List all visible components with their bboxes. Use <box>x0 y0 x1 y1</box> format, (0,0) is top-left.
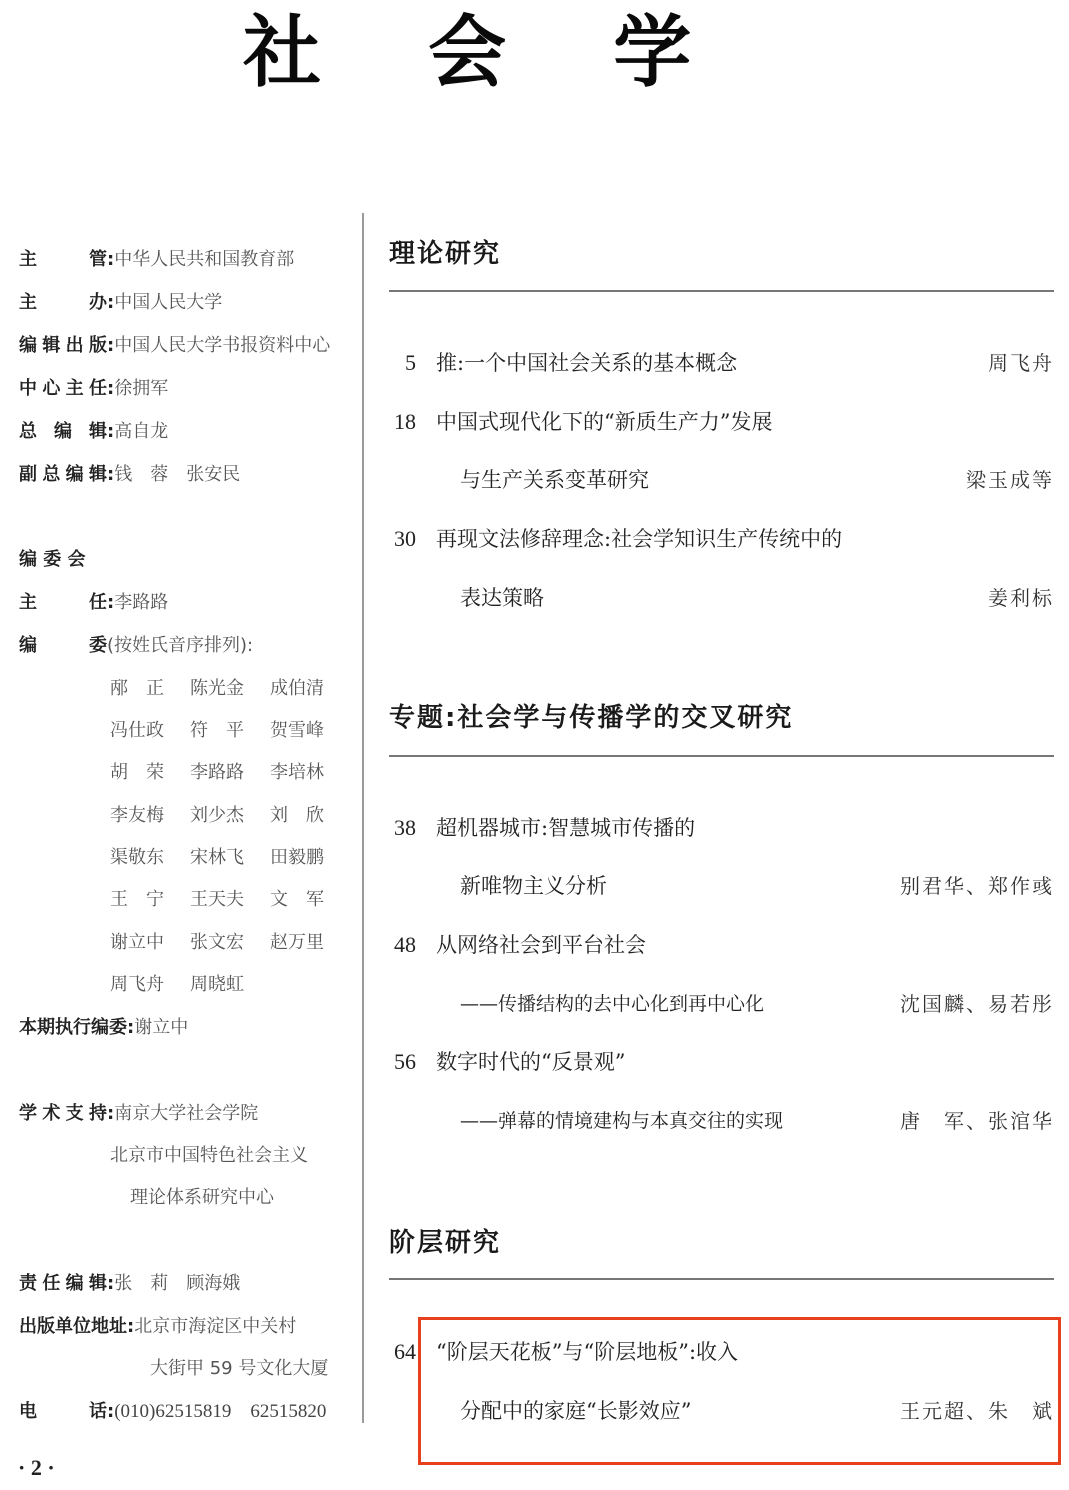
label: 主 任 <box>19 592 107 614</box>
member-name: 周飞舟 <box>110 974 190 996</box>
toc-title: 超机器城市:智慧城市传播的 <box>436 814 695 842</box>
value: 李路路 <box>114 592 168 613</box>
executive-editor: 本期执行编委:谢立中 <box>19 1017 188 1039</box>
label: 学术支持 <box>19 1103 107 1125</box>
committee-members-row: 胡 荣李路路李培林 <box>110 762 350 784</box>
member-name: 李培林 <box>270 762 350 784</box>
committee-members-row: 王 宁王天夫文 军 <box>110 889 350 911</box>
member-name: 渠敬东 <box>110 847 190 869</box>
member-name: 冯仕政 <box>110 720 190 742</box>
section-title: 阶层研究 <box>389 1227 501 1259</box>
toc-author: 沈国麟、易若彤 <box>900 990 1054 1018</box>
label: 中心主任 <box>19 378 107 400</box>
toc-author: 梁玉成等 <box>966 466 1054 494</box>
heading: 编 委 会 <box>19 549 86 571</box>
masthead-publisher: 编辑出版:中国人民大学书报资料中心 <box>19 335 330 357</box>
value: 北京市海淀区中关村 <box>134 1316 296 1337</box>
toc-title: 推:一个中国社会关系的基本概念 <box>436 349 737 377</box>
member-name: 刘 欣 <box>270 805 350 827</box>
value: 南京大学社会学院 <box>114 1103 258 1124</box>
committee-members-row: 谢立中张文宏赵万里 <box>110 932 350 954</box>
value: 徐拥军 <box>114 378 168 399</box>
value: 谢立中 <box>134 1017 188 1038</box>
member-name: 王 宁 <box>110 889 190 911</box>
section-title: 专题:社会学与传播学的交叉研究 <box>389 702 793 734</box>
section-title: 理论研究 <box>389 238 501 270</box>
masthead-center-director: 中心主任:徐拥军 <box>19 378 168 400</box>
label: 责任编辑 <box>19 1273 107 1295</box>
committee-members-row: 周飞舟周晓虹 <box>110 974 270 996</box>
masthead-sponsor: 主 办:中国人民大学 <box>19 292 222 314</box>
value: 高自龙 <box>114 421 168 442</box>
member-name: 刘少杰 <box>190 805 270 827</box>
value: 中华人民共和国教育部 <box>114 249 294 270</box>
publisher-address: 出版单位地址:北京市海淀区中关村 <box>19 1316 296 1338</box>
toc-title: 中国式现代化下的“新质生产力”发展 <box>436 408 772 436</box>
academic-support-line: 北京市中国特色社会主义 <box>110 1145 308 1167</box>
section-rule <box>389 290 1054 292</box>
member-name: 李路路 <box>190 762 270 784</box>
toc-author: 姜利标 <box>988 584 1054 612</box>
toc-page: 56 <box>380 1048 416 1076</box>
journal-title: 社 会 学 <box>243 8 731 98</box>
toc-page: 64 <box>380 1338 416 1366</box>
masthead-chief-editor: 总 编 辑:高自龙 <box>19 421 168 443</box>
masthead-supervisor: 主 管:中华人民共和国教育部 <box>19 249 294 271</box>
member-name: 贺雪峰 <box>270 720 350 742</box>
label: 副总编辑 <box>19 464 107 486</box>
toc-page: 38 <box>380 814 416 842</box>
address-line: 大街甲 59 号文化大厦 <box>150 1358 328 1380</box>
member-name: 符 平 <box>190 720 270 742</box>
toc-author: 唐 军、张涫华 <box>900 1107 1054 1135</box>
member-name: 陈光金 <box>190 678 270 700</box>
label: 总 编 辑 <box>19 421 107 443</box>
member-name: 谢立中 <box>110 932 190 954</box>
value: 张 莉 顾海娥 <box>114 1273 240 1294</box>
toc-page: 18 <box>380 408 416 436</box>
member-name: 田毅鹏 <box>270 847 350 869</box>
value: 钱 蓉 张安民 <box>114 464 240 485</box>
member-name: 张文宏 <box>190 932 270 954</box>
label: 电 话 <box>19 1401 107 1423</box>
toc-title: 与生产关系变革研究 <box>460 466 649 494</box>
toc-author: 周飞舟 <box>988 349 1054 377</box>
toc-title: 数字时代的“反景观” <box>436 1048 625 1076</box>
toc-page: 48 <box>380 931 416 959</box>
toc-author: 别君华、郑作彧 <box>900 872 1054 900</box>
label: 编辑出版 <box>19 335 107 357</box>
toc-page: 5 <box>380 349 416 377</box>
member-name: 宋林飞 <box>190 847 270 869</box>
toc-title: 表达策略 <box>460 584 544 612</box>
masthead-deputy-chief-editor: 副总编辑:钱 蓉 张安民 <box>19 464 240 486</box>
toc-subtitle: ——传播结构的去中心化到再中心化 <box>460 990 764 1018</box>
committee-members-row: 渠敬东宋林飞田毅鹏 <box>110 847 350 869</box>
committee-members-row: 邴 正陈光金成伯清 <box>110 678 350 700</box>
committee-heading: 编 委 会 <box>19 549 86 571</box>
column-divider <box>362 213 364 1423</box>
committee-members-row: 李友梅刘少杰刘 欣 <box>110 805 350 827</box>
label: 主 管 <box>19 249 107 271</box>
value: (010)62515819 62515820 <box>114 1401 326 1422</box>
section-rule <box>389 1278 1054 1280</box>
committee-director: 主 任:李路路 <box>19 592 168 614</box>
responsible-editor: 责任编辑:张 莉 顾海娥 <box>19 1273 240 1295</box>
committee-members-label: 编 委(按姓氏音序排列): <box>19 635 253 657</box>
member-name: 赵万里 <box>270 932 350 954</box>
academic-support: 学术支持:南京大学社会学院 <box>19 1103 258 1125</box>
toc-subtitle: ——弹幕的情境建构与本真交往的实现 <box>460 1107 783 1135</box>
member-name: 王天夫 <box>190 889 270 911</box>
member-name: 邴 正 <box>110 678 190 700</box>
value: 中国人民大学 <box>114 292 222 313</box>
value: (按姓氏音序排列): <box>107 635 253 656</box>
toc-title: 新唯物主义分析 <box>460 872 607 900</box>
highlight-annotation-box <box>418 1317 1061 1465</box>
label: 出版单位地址 <box>19 1316 127 1338</box>
page-number: · 2 · <box>18 1455 55 1481</box>
member-name: 文 军 <box>270 889 350 911</box>
member-name: 李友梅 <box>110 805 190 827</box>
member-name: 胡 荣 <box>110 762 190 784</box>
label: 主 办 <box>19 292 107 314</box>
label: 编 委 <box>19 635 107 657</box>
section-rule <box>389 755 1054 757</box>
committee-members-row: 冯仕政符 平贺雪峰 <box>110 720 350 742</box>
toc-page: 30 <box>380 525 416 553</box>
member-name: 成伯清 <box>270 678 350 700</box>
label: 本期执行编委 <box>19 1017 127 1039</box>
toc-title: 从网络社会到平台社会 <box>436 931 646 959</box>
member-name: 周晓虹 <box>190 974 270 996</box>
academic-support-line: 理论体系研究中心 <box>130 1187 274 1209</box>
value: 中国人民大学书报资料中心 <box>114 335 330 356</box>
phone: 电 话:(010)62515819 62515820 <box>19 1401 326 1423</box>
toc-title: 再现文法修辞理念:社会学知识生产传统中的 <box>436 525 842 553</box>
